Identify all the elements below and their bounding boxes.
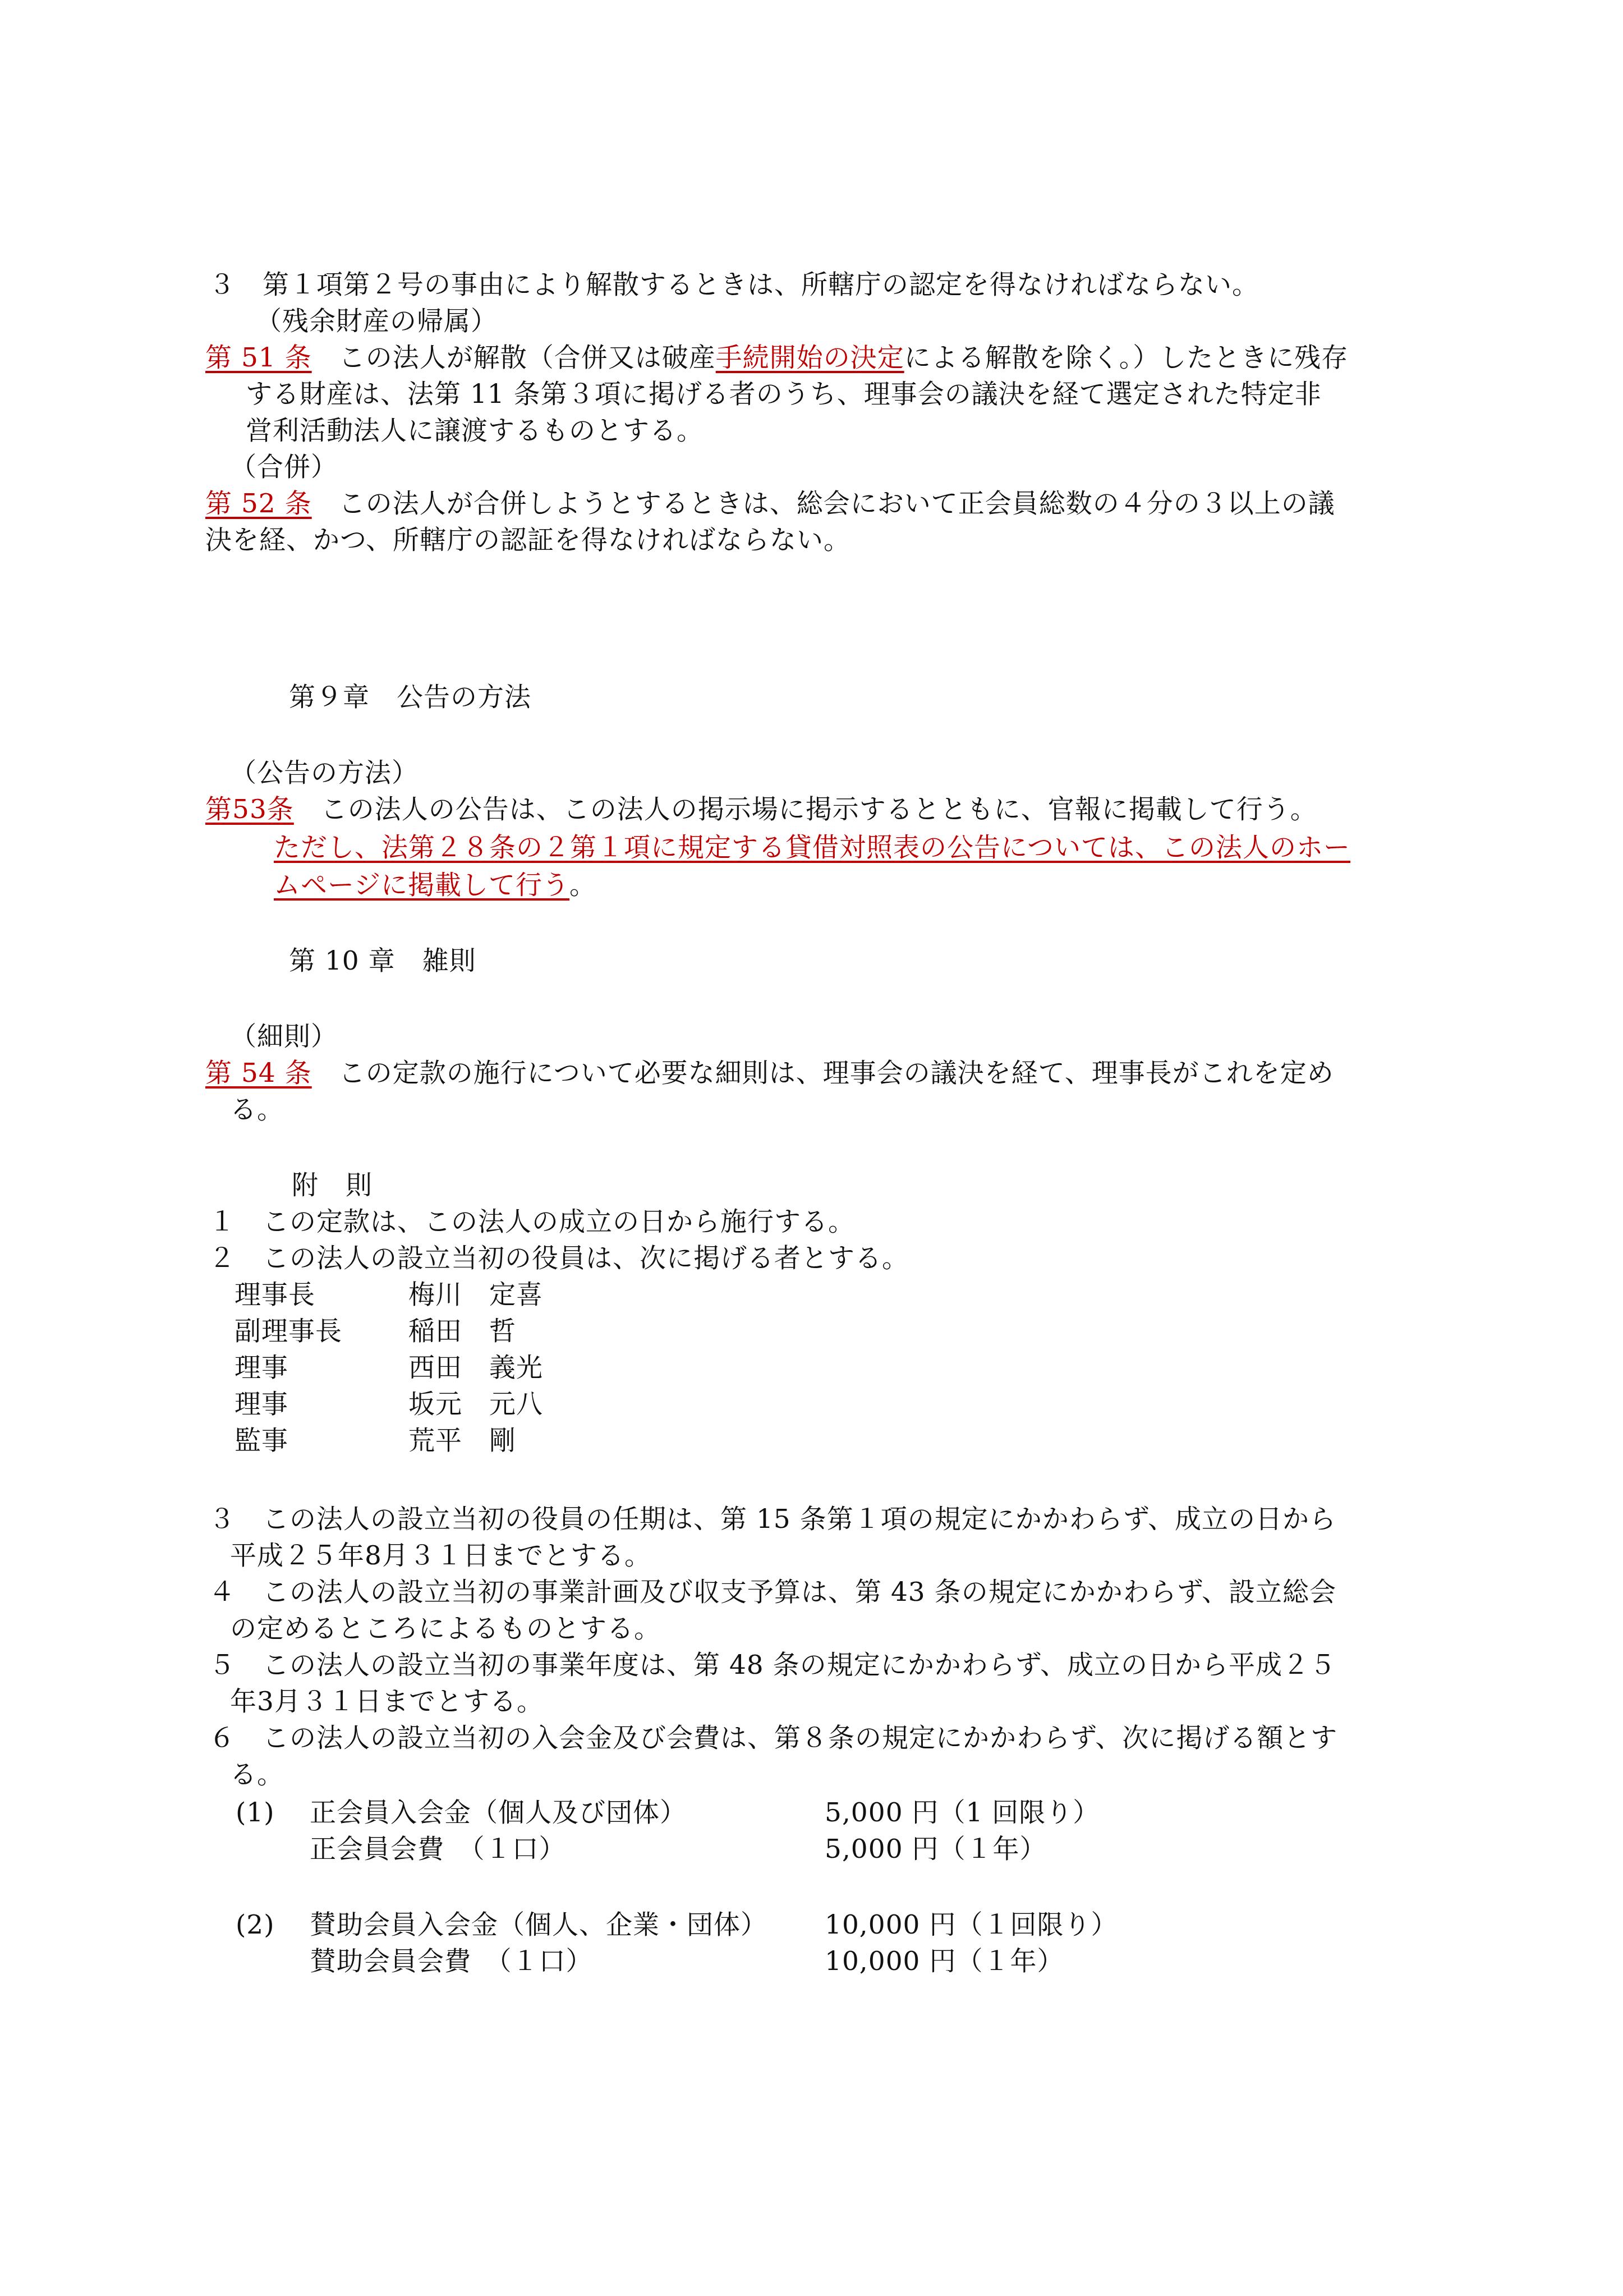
article52-heading: （合併） xyxy=(230,449,338,486)
article53-heading: （公告の方法） xyxy=(230,755,419,792)
article53-period: 。 xyxy=(569,870,596,901)
article53-revision-line2: ムページに掲載して行う。 xyxy=(274,867,596,904)
officer-name: 荒平 剛 xyxy=(408,1422,516,1459)
supplementary-item6-line2: る。 xyxy=(230,1756,284,1793)
officer-role: 理事 xyxy=(235,1389,288,1420)
article52-line2: 決を経、かつ、所轄庁の認証を得なければならない。 xyxy=(205,522,850,559)
article50-item3: ３ 第１項第２号の事由により解散するときは、所轄庁の認定を得なければならない。 xyxy=(209,267,1259,304)
article53-text: この法人の公告は、この法人の掲示場に掲示するとともに、官報に掲載して行う。 xyxy=(294,794,1317,825)
article51-text-cont: による解散を除く。）したときに残存 xyxy=(904,342,1349,373)
officer-role: 理事 xyxy=(235,1352,288,1383)
article53-revision-text-cont: ムページに掲載して行う xyxy=(274,870,569,901)
article52-line1: 第 52 条 この法人が合併しようとするときは、総会において正会員総数の４分の３… xyxy=(205,485,1335,522)
officer-name: 坂元 元八 xyxy=(408,1386,543,1423)
fee-amount: 10,000 円（１回限り） xyxy=(825,1907,1118,1944)
article53-number: 第53条 xyxy=(205,794,294,825)
fee-label: 正会員会費 （１口） xyxy=(310,1831,566,1868)
officer-role: 理事長 xyxy=(235,1279,315,1310)
supplementary-item3-line1: ３ この法人の設立当初の役員の任期は、第 15 条第１項の規定にかかわらず、成立… xyxy=(209,1501,1336,1538)
fee-amount: 10,000 円（１年） xyxy=(825,1943,1064,1980)
supplementary-item5-line1: ５ この法人の設立当初の事業年度は、第 48 条の規定にかかわらず、成立の日から… xyxy=(209,1647,1336,1684)
article53-revision-text: ただし、法第２８条の２第１項に規定する貸借対照表の公告については、この法人のホー xyxy=(274,832,1350,863)
article53-line1: 第53条 この法人の公告は、この法人の掲示場に掲示するとともに、官報に掲載して行… xyxy=(205,791,1317,828)
officer-name: 稲田 哲 xyxy=(408,1313,516,1350)
supplementary-item2: ２ この法人の設立当初の役員は、次に掲げる者とする。 xyxy=(209,1240,909,1277)
article52-number: 第 52 条 xyxy=(205,488,312,519)
article54-line2: る。 xyxy=(230,1091,284,1128)
supplementary-item3-line2: 平成２５年8月３１日までとする。 xyxy=(230,1537,651,1574)
supplementary-title: 附 則 xyxy=(292,1167,373,1204)
article54-text: この定款の施行について必要な細則は、理事会の議決を経て、理事長がこれを定め xyxy=(312,1058,1334,1089)
officer-row: 理事 xyxy=(235,1349,288,1386)
article52-text: この法人が合併しようとするときは、総会において正会員総数の４分の３以上の議 xyxy=(312,488,1335,519)
officer-row: 監事 xyxy=(235,1422,288,1459)
article51-revision: 手続開始の決定 xyxy=(716,342,904,373)
officer-row: 理事長 xyxy=(235,1276,315,1314)
officer-role: 副理事長 xyxy=(235,1316,342,1347)
officer-role: 監事 xyxy=(235,1425,288,1456)
article53-revision-line1: ただし、法第２８条の２第１項に規定する貸借対照表の公告については、この法人のホー xyxy=(274,829,1350,866)
article54-number: 第 54 条 xyxy=(205,1058,312,1089)
supplementary-item4-line1: ４ この法人の設立当初の事業計画及び収支予算は、第 43 条の規定にかかわらず、… xyxy=(209,1574,1336,1611)
article54-heading: （細則） xyxy=(230,1018,338,1055)
fee-label: 賛助会員入会金（個人、企業・団体） xyxy=(310,1907,767,1944)
supplementary-item4-line2: の定めるところによるものとする。 xyxy=(230,1610,661,1647)
article51-number: 第 51 条 xyxy=(205,342,312,373)
officer-row: 副理事長 xyxy=(235,1313,342,1350)
article51-line1: 第 51 条 この法人が解散（合併又は破産手続開始の決定による解散を除く。）した… xyxy=(205,339,1348,376)
officer-name: 西田 義光 xyxy=(408,1349,543,1386)
fee-group-number: (1) xyxy=(236,1794,275,1831)
fee-label: 賛助会員会費 （１口） xyxy=(310,1943,593,1980)
chapter10-title: 第 10 章 雑則 xyxy=(289,943,476,980)
article51-text: この法人が解散（合併又は破産 xyxy=(312,342,716,373)
fee-label: 正会員入会金（個人及び団体） xyxy=(310,1794,687,1831)
officer-row: 理事 xyxy=(235,1386,288,1423)
fee-amount: 5,000 円（1 回限り） xyxy=(825,1794,1100,1831)
fee-amount: 5,000 円（１年） xyxy=(825,1831,1047,1868)
chapter9-title: 第９章 公告の方法 xyxy=(289,679,531,716)
supplementary-item5-line2: 年3月３１日までとする。 xyxy=(230,1683,544,1720)
officer-name: 梅川 定喜 xyxy=(408,1276,543,1314)
article51-line3: 営利活動法人に譲渡するものとする。 xyxy=(246,412,704,449)
supplementary-item6-line1: ６ この法人の設立当初の入会金及び会費は、第８条の規定にかかわらず、次に掲げる額… xyxy=(209,1720,1337,1757)
article51-heading: （残余財産の帰属） xyxy=(255,303,498,340)
article54-line1: 第 54 条 この定款の施行について必要な細則は、理事会の議決を経て、理事長がこ… xyxy=(205,1055,1334,1092)
fee-group-number: (2) xyxy=(236,1907,275,1944)
supplementary-item1: １ この定款は、この法人の成立の日から施行する。 xyxy=(209,1204,855,1241)
document-page: ３ 第１項第２号の事由により解散するときは、所轄庁の認定を得なければならない。 … xyxy=(0,0,1623,2296)
article51-line2: する財産は、法第 11 条第３項に掲げる者のうち、理事会の議決を経て選定された特… xyxy=(246,376,1322,413)
